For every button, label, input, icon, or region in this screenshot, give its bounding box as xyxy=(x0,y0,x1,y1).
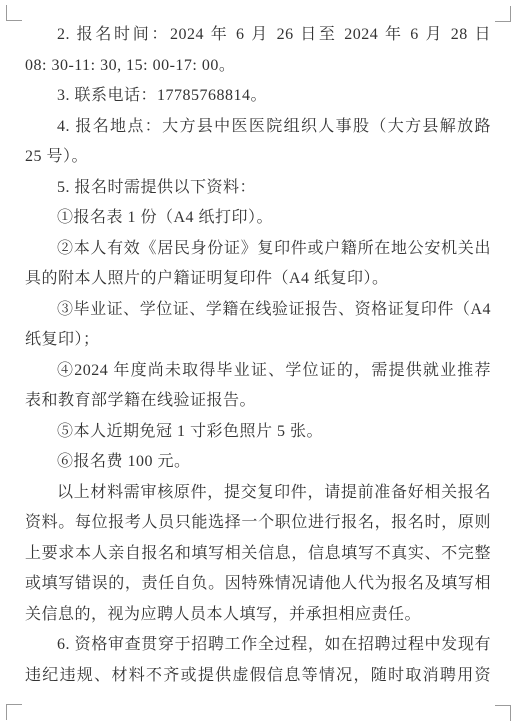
text-line-2: 08: 30-11: 30, 15: 00-17: 00。 xyxy=(25,51,491,82)
document-page: 2. 报名时间：2024 年 6 月 26 日至 2024 年 6 月 28 日… xyxy=(0,0,516,728)
text-line-4: 4. 报名地点：大方县中医医院组织人事股（大方县解放路 xyxy=(25,112,491,143)
text-line-9: 具的附本人照片的户籍证明复印件（A4 纸复印）。 xyxy=(25,264,491,295)
text-line-5: 25 号）。 xyxy=(25,142,491,173)
text-line-7: ①报名表 1 份（A4 纸打印）。 xyxy=(25,203,491,234)
text-line-21: 6. 资格审查贯穿于招聘工作全过程，如在招聘过程中发现有 xyxy=(25,630,491,661)
text-line-12: ④2024 年度尚未取得毕业证、学位证的，需提供就业推荐 xyxy=(25,356,491,387)
text-line-14: ⑤本人近期免冠 1 寸彩色照片 5 张。 xyxy=(25,417,491,448)
crop-mark-bottom-right-icon xyxy=(495,705,511,721)
crop-mark-bottom-left-icon xyxy=(6,704,22,720)
text-line-19: 或填写错误的，责任自负。因特殊情况请他人代为报名及填写相 xyxy=(25,569,491,600)
text-line-6: 5. 报名时需提供以下资料： xyxy=(25,173,491,204)
text-line-1: 2. 报名时间：2024 年 6 月 26 日至 2024 年 6 月 28 日 xyxy=(25,20,491,51)
text-line-11: 纸复印）； xyxy=(25,325,491,356)
text-line-8: ②本人有效《居民身份证》复印件或户籍所在地公安机关出 xyxy=(25,234,491,265)
text-line-17: 资料。每位报考人员只能选择一个职位进行报名，报名时，原则 xyxy=(25,508,491,539)
text-line-20: 关信息的，视为应聘人员本人填写，并承担相应责任。 xyxy=(25,600,491,631)
document-text-body: 2. 报名时间：2024 年 6 月 26 日至 2024 年 6 月 28 日… xyxy=(25,20,491,691)
crop-mark-top-left-icon xyxy=(6,5,22,21)
crop-mark-top-right-icon xyxy=(495,6,511,22)
text-line-3: 3. 联系电话：17785768814。 xyxy=(25,81,491,112)
text-line-13: 表和教育部学籍在线验证报告。 xyxy=(25,386,491,417)
text-line-16: 以上材料需审核原件，提交复印件，请提前准备好相关报名 xyxy=(25,478,491,509)
text-line-10: ③毕业证、学位证、学籍在线验证报告、资格证复印件（A4 xyxy=(25,295,491,326)
text-line-18: 上要求本人亲自报名和填写相关信息，信息填写不真实、不完整 xyxy=(25,539,491,570)
text-line-22: 违纪违规、材料不齐或提供虚假信息等情况，随时取消聘用资格。 xyxy=(25,661,491,692)
text-line-15: ⑥报名费 100 元。 xyxy=(25,447,491,478)
